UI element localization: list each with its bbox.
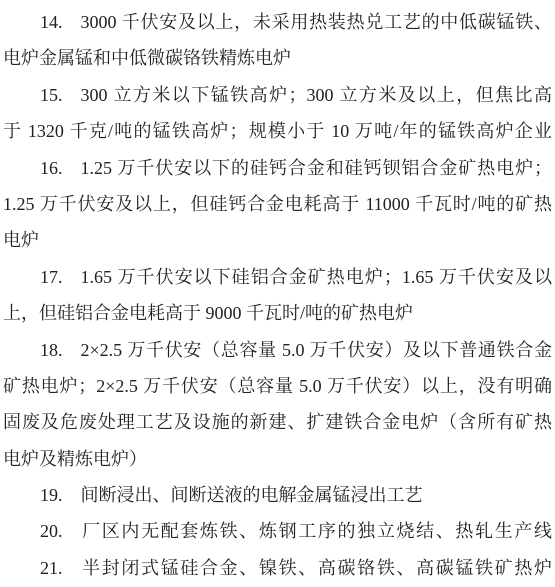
document-line: 17. 1.65 万千伏安以下硅铝合金矿热电炉；1.65 万千伏安及以 [3,259,552,295]
list-item-18: 18. 2×2.5 万千伏安（总容量 5.0 万千伏安）及以下普通铁合金 矿热电… [3,332,552,478]
document-line: 矿热电炉；2×2.5 万千伏安（总容量 5.0 万千伏安）以上，没有明确 [3,368,552,404]
document-line: 15. 300 立方米以下锰铁高炉；300 立方米及以上，但焦比高 [3,77,552,113]
list-item-17: 17. 1.65 万千伏安以下硅铝合金矿热电炉；1.65 万千伏安及以 上，但硅… [3,259,552,332]
list-item-16: 16. 1.25 万千伏安以下的硅钙合金和硅钙钡铝合金矿热电炉； 1.25 万千… [3,150,552,259]
document-line: 上，但硅铝合金电耗高于 9000 千瓦时/吨的矿热电炉 [3,295,552,331]
list-item-14: 14. 3000 千伏安及以上，未采用热装热兑工艺的中低碳锰铁、 电炉金属锰和中… [3,4,552,77]
document-line: 电炉 [3,222,552,258]
document-page: 14. 3000 千伏安及以上，未采用热装热兑工艺的中低碳锰铁、 电炉金属锰和中… [0,0,555,587]
list-item-15: 15. 300 立方米以下锰铁高炉；300 立方米及以上，但焦比高 于 1320… [3,77,552,150]
document-line: 18. 2×2.5 万千伏安（总容量 5.0 万千伏安）及以下普通铁合金 [3,332,552,368]
document-line: 20. 厂区内无配套炼铁、炼钢工序的独立烧结、热轧生产线 [3,513,552,549]
list-item-19: 19. 间断浸出、间断送液的电解金属锰浸出工艺 [3,477,552,513]
document-line: 于 1320 千克/吨的锰铁高炉；规模小于 10 万吨/年的锰铁高炉企业 [3,113,552,149]
document-line: 14. 3000 千伏安及以上，未采用热装热兑工艺的中低碳锰铁、 [3,4,552,40]
document-line: 固废及危废处理工艺及设施的新建、扩建铁合金电炉（含所有矿热 [3,404,552,440]
document-line: 19. 间断浸出、间断送液的电解金属锰浸出工艺 [3,477,552,513]
document-line: 电炉及精炼电炉） [3,441,552,477]
document-line: 21. 半封闭式锰硅合金、镍铁、高碳铬铁、高碳锰铁矿热炉 [3,550,552,586]
list-item-20: 20. 厂区内无配套炼铁、炼钢工序的独立烧结、热轧生产线 [3,513,552,549]
document-line: 电炉金属锰和中低微碳铬铁精炼电炉 [3,40,552,76]
document-line: 16. 1.25 万千伏安以下的硅钙合金和硅钙钡铝合金矿热电炉； [3,150,552,186]
document-line: 1.25 万千伏安及以上，但硅钙合金电耗高于 11000 千瓦时/吨的矿热 [3,186,552,222]
list-item-21: 21. 半封闭式锰硅合金、镍铁、高碳铬铁、高碳锰铁矿热炉 [3,550,552,586]
